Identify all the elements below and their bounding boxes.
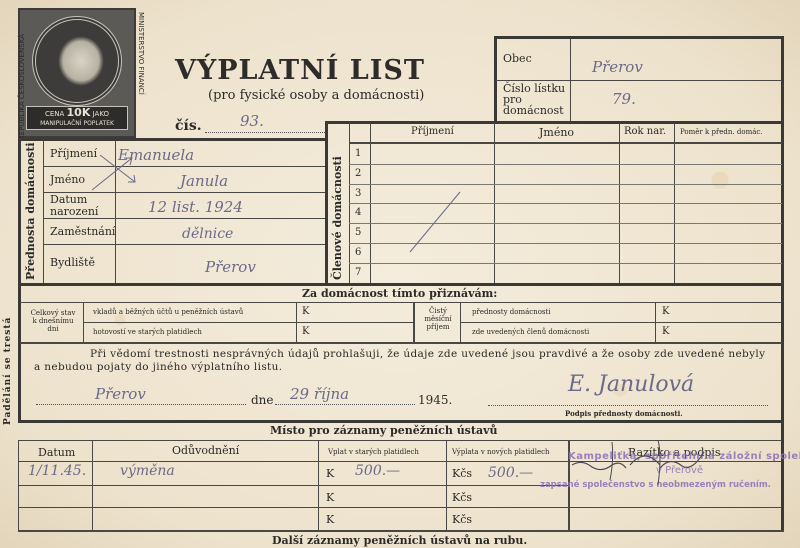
field-label-name: Jméno — [50, 173, 85, 186]
stamp-right-text: MINISTERSTVO FINANCÍ — [137, 12, 145, 95]
bank-officer-signature-icon — [570, 440, 710, 490]
divider — [413, 302, 415, 342]
member-row-number: 6 — [355, 247, 361, 258]
head-income-currency: K — [662, 306, 669, 317]
deposits-amount-field[interactable] — [316, 304, 410, 320]
bank-records-footer: Další záznamy peněžních ústavů na rubu. — [272, 534, 527, 547]
record-reason[interactable]: výměna — [120, 463, 175, 479]
member-surname-cell[interactable] — [371, 145, 494, 163]
divider — [460, 302, 461, 342]
record-new-value[interactable]: 500.— — [488, 465, 533, 481]
divider — [318, 440, 319, 530]
stamp-cena: CENA — [45, 110, 64, 118]
obec-label: Obec — [503, 52, 532, 65]
label-line: k dnešnímu — [24, 317, 82, 325]
date-value[interactable]: 29 října — [290, 385, 349, 403]
member-name-cell[interactable] — [495, 244, 619, 262]
member-surname-cell[interactable] — [371, 264, 494, 282]
bank-records-heading: Místo pro záznamy peněžních ústavů — [270, 424, 497, 437]
row-divider — [43, 218, 325, 219]
member-relation-cell[interactable] — [675, 204, 781, 222]
label-line: měsíční — [418, 315, 458, 323]
member-name-cell[interactable] — [495, 185, 619, 203]
divider — [20, 342, 782, 344]
member-row-number: 3 — [355, 188, 361, 199]
obec-value[interactable]: Přerov — [592, 58, 643, 76]
member-birth-year-cell[interactable] — [620, 204, 674, 222]
head-of-household-label: Přednosta domácnosti — [24, 142, 37, 280]
cislo-value[interactable]: 79. — [612, 90, 636, 108]
number-label: čís. — [175, 118, 202, 134]
member-relation-cell[interactable] — [675, 244, 781, 262]
col-header-old-currency: Vplat v starých platidlech — [328, 448, 419, 456]
stamp-fee-label: MANIPULAČNÍ POPLATEK — [27, 120, 127, 128]
member-row-number: 4 — [355, 207, 361, 218]
page-title: VÝPLATNÍ LIST — [175, 55, 425, 86]
declaration-heading: Za domácnost tímto přiznávám: — [302, 287, 497, 300]
cash-label: hotovostí ve starých platidlech — [93, 328, 202, 336]
field-label-occupation: Zaměstnání — [50, 225, 115, 238]
divider — [18, 485, 568, 486]
deposits-currency: K — [302, 306, 309, 317]
label-line: narození — [50, 206, 98, 218]
divider — [460, 322, 782, 323]
member-surname-cell[interactable] — [371, 165, 494, 183]
stamp-value: 10K — [67, 106, 91, 119]
divider — [18, 507, 782, 508]
member-birth-year-cell[interactable] — [620, 185, 674, 203]
members-income-currency: K — [662, 326, 669, 337]
border — [18, 138, 328, 141]
header-divider — [349, 142, 782, 144]
border — [325, 121, 784, 124]
label-line: Čistý — [418, 307, 458, 315]
divider — [43, 140, 44, 283]
member-relation-cell[interactable] — [675, 264, 781, 282]
col-header-date: Datum — [38, 446, 75, 459]
member-name-cell[interactable] — [495, 165, 619, 183]
page-subtitle: (pro fysické osoby a domácnosti) — [208, 88, 424, 103]
head-income-label: přednosty domácnosti — [472, 308, 551, 316]
member-relation-cell[interactable] — [675, 185, 781, 203]
col-header-surname: Příjmení — [411, 126, 454, 137]
row-divider — [43, 166, 325, 167]
row-divider — [43, 244, 325, 245]
member-row-number: 7 — [355, 267, 361, 278]
record-old-currency: K — [326, 491, 334, 504]
head-income-amount-field[interactable] — [676, 304, 780, 320]
members-income-label: zde uvedených členů domácnosti — [472, 328, 589, 336]
cislo-label-line: domácnost — [503, 105, 565, 116]
member-birth-year-cell[interactable] — [620, 264, 674, 282]
number-dotted-line — [205, 132, 325, 133]
col-header-new-currency: Výplata v nových platidlech — [452, 448, 550, 456]
member-name-cell[interactable] — [495, 264, 619, 282]
members-label: Členové domácnosti — [331, 156, 344, 280]
member-relation-cell[interactable] — [675, 224, 781, 242]
record-old-currency: K — [326, 467, 334, 480]
field-label-residence: Bydliště — [50, 256, 95, 269]
number-value[interactable]: 93. — [240, 112, 264, 130]
col-header-name: Jméno — [539, 126, 574, 139]
border — [18, 283, 784, 286]
year-label: 1945. — [418, 393, 452, 407]
cash-amount-field[interactable] — [316, 324, 410, 340]
label-line: dni — [24, 325, 82, 333]
divider — [655, 302, 656, 342]
border — [18, 420, 784, 423]
place-dotted-line — [36, 404, 246, 405]
divider — [446, 440, 447, 530]
field-value-birthdate[interactable]: 12 list. 1924 — [148, 198, 243, 216]
members-income-amount-field[interactable] — [676, 324, 780, 340]
record-new-currency: Kčs — [452, 467, 472, 480]
strikethrough-line-icon — [405, 190, 465, 255]
divider — [83, 322, 413, 323]
date-dotted-line — [275, 404, 415, 405]
handwritten-swap-arrows-icon — [90, 150, 150, 195]
label-line: Celkový stav — [24, 309, 82, 317]
signature-value[interactable]: E. Janulová — [568, 372, 694, 397]
border — [18, 138, 21, 423]
member-name-cell[interactable] — [495, 224, 619, 242]
label-line: příjem — [418, 323, 458, 331]
field-value-name[interactable]: Janula — [180, 172, 228, 190]
stamp-seal — [32, 16, 122, 106]
record-new-currency: Kčs — [452, 491, 472, 504]
divider — [18, 530, 784, 532]
member-row-number: 2 — [355, 168, 361, 179]
statement-line-1: Při vědomí trestnosti nesprávných údajů … — [90, 348, 765, 360]
lion-emblem-icon — [58, 36, 104, 86]
member-row-number: 1 — [355, 148, 361, 159]
divider — [20, 302, 782, 303]
record-date[interactable]: 1/11.45. — [28, 463, 86, 479]
signature-dotted-line — [488, 405, 768, 406]
member-relation-cell[interactable] — [675, 145, 781, 163]
col-header-birth-year: Rok nar. — [624, 126, 666, 137]
member-birth-year-cell[interactable] — [620, 244, 674, 262]
place-value[interactable]: Přerov — [95, 385, 146, 403]
forgery-warning: Padělání se trestá — [3, 317, 13, 425]
member-name-cell[interactable] — [495, 204, 619, 222]
dne-label: dne — [251, 393, 274, 407]
border — [325, 121, 328, 283]
deposits-label: vkladů a běžných účtů u peněžních ústavů — [93, 308, 243, 316]
member-row-number: 5 — [355, 227, 361, 238]
divider — [296, 302, 297, 342]
divider — [18, 440, 19, 532]
member-birth-year-cell[interactable] — [620, 165, 674, 183]
net-income-label: Čistý měsíční příjem — [418, 307, 458, 331]
signature-label: Podpis přednosty domácnosti. — [565, 409, 683, 418]
divider — [83, 302, 84, 342]
record-new-currency: Kčs — [452, 513, 472, 526]
field-value-residence[interactable]: Přerov — [205, 258, 256, 276]
divider — [496, 80, 782, 81]
record-old-currency: K — [326, 513, 334, 526]
stamp-price-box: CENA 10K JAKO MANIPULAČNÍ POPLATEK — [26, 106, 128, 130]
member-name-cell[interactable] — [495, 145, 619, 163]
cash-currency: K — [302, 326, 309, 337]
divider — [92, 440, 93, 530]
member-birth-year-cell[interactable] — [620, 145, 674, 163]
stamp-left-text: REPUBLIKA ČESKOSLOVENSKÁ — [18, 34, 26, 140]
revenue-stamp: CENA 10K JAKO MANIPULAČNÍ POPLATEK — [18, 8, 136, 138]
field-value-occupation[interactable]: dělnice — [182, 226, 233, 242]
stamp-jako: JAKO — [93, 110, 109, 118]
col-header-relation: Poměr k předn. domác. — [680, 128, 763, 136]
statement-line-2: a nebudou pojaty do jiného výplatního li… — [34, 361, 282, 373]
member-birth-year-cell[interactable] — [620, 224, 674, 242]
border — [494, 36, 784, 39]
record-old-value[interactable]: 500.— — [355, 463, 400, 479]
member-relation-cell[interactable] — [675, 165, 781, 183]
col-header-reason: Odůvodnění — [172, 444, 239, 457]
field-label-birthdate: Datum narození — [50, 194, 98, 218]
total-balance-label: Celkový stav k dnešnímu dni — [24, 309, 82, 333]
cislo-label: Číslo lístku pro domácnost — [503, 83, 565, 116]
